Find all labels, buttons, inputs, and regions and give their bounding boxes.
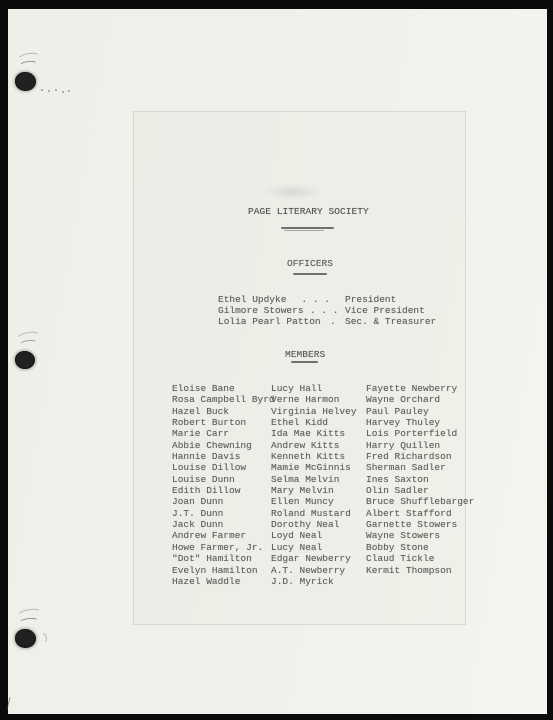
member-name: Paul Pauley — [366, 406, 474, 417]
member-name: Fayette Newberry — [366, 383, 474, 394]
title-underline — [281, 227, 334, 229]
member-name: Mamie McGinnis — [271, 462, 357, 473]
member-name: Kenneth Kitts — [271, 451, 357, 462]
member-name: Sherman Sadler — [366, 462, 474, 473]
hole-punch-middle — [15, 351, 35, 369]
officer-name: Lolia Pearl Patton — [218, 316, 321, 327]
member-name: Loyd Neal — [271, 530, 357, 541]
member-name: Albert Stafford — [366, 508, 474, 519]
hole-punch-top — [15, 72, 36, 91]
member-name: J.T. Dunn — [172, 508, 275, 519]
members-underline — [291, 361, 318, 363]
officer-row: Gilmore Stowers. . . Vice President — [218, 305, 438, 316]
officer-name: Ethel Updyke — [218, 294, 286, 305]
officers-list: Ethel Updyke. . . President Gilmore Stow… — [218, 294, 438, 328]
officer-row: Lolia Pearl Patton. Sec. & Treasurer — [218, 316, 438, 327]
member-name: Hazel Buck — [172, 406, 275, 417]
scan-speck — [62, 91, 64, 93]
officers-underline — [293, 273, 327, 275]
member-name: Rosa Campbell Byrd — [172, 394, 275, 405]
member-name: Selma Melvin — [271, 474, 357, 485]
members-column-1: Eloise BaneRosa Campbell ByrdHazel BuckR… — [172, 383, 275, 587]
members-column-3: Fayette NewberryWayne OrchardPaul Pauley… — [366, 383, 474, 576]
scanned-document: PAGE LITERARY SOCIETY OFFICERS Ethel Upd… — [0, 0, 553, 720]
members-heading: MEMBERS — [285, 349, 325, 360]
margin-mark — [6, 697, 10, 710]
member-name: Harry Quillen — [366, 440, 474, 451]
member-name: J.D. Myrick — [271, 576, 357, 587]
member-name: Fred Richardson — [366, 451, 474, 462]
officer-role: Vice President — [345, 305, 425, 316]
member-name: Andrew Farmer — [172, 530, 275, 541]
member-name: Hazel Waddle — [172, 576, 275, 587]
member-name: Mary Melvin — [271, 485, 357, 496]
officer-role: Sec. & Treasurer — [345, 316, 436, 327]
scan-speck — [68, 90, 70, 92]
member-name: Bruce Shufflebarger — [366, 496, 474, 507]
officer-name: Gilmore Stowers — [218, 305, 304, 316]
member-name: Lois Porterfield — [366, 428, 474, 439]
scan-speck — [55, 89, 57, 91]
member-name: Howe Farmer, Jr. — [172, 542, 275, 553]
member-name: Bobby Stone — [366, 542, 474, 553]
paper-sheet: PAGE LITERARY SOCIETY OFFICERS Ethel Upd… — [8, 9, 547, 714]
member-name: Andrew Kitts — [271, 440, 357, 451]
member-name: Olin Sadler — [366, 485, 474, 496]
member-name: Robert Burton — [172, 417, 275, 428]
pencil-smudge — [19, 60, 39, 70]
member-name: Edith Dillow — [172, 485, 275, 496]
member-name: Edgar Newberry — [271, 553, 357, 564]
scan-speck — [41, 89, 43, 91]
member-name: Kermit Thompson — [366, 565, 474, 576]
member-name: Roland Mustard — [271, 508, 357, 519]
dot-leader: . — [321, 316, 345, 327]
members-column-2: Lucy HallVerne HarmonVirginia HelveyEthe… — [271, 383, 357, 587]
page-title: PAGE LITERARY SOCIETY — [248, 206, 369, 217]
member-name: Ines Saxton — [366, 474, 474, 485]
member-name: Harvey Thuley — [366, 417, 474, 428]
title-underline-2 — [284, 230, 324, 231]
pencil-smudge — [19, 617, 40, 627]
member-name: Verne Harmon — [271, 394, 357, 405]
pencil-smudge — [263, 184, 323, 200]
member-name: Garnette Stowers — [366, 519, 474, 530]
member-name: Ellen Muncy — [271, 496, 357, 507]
dot-leader: . . . — [286, 294, 345, 305]
member-name: Wayne Stowers — [366, 530, 474, 541]
member-name: Evelyn Hamilton — [172, 565, 275, 576]
member-name: Dorothy Neal — [271, 519, 357, 530]
member-name: Hannie Davis — [172, 451, 275, 462]
scan-speck — [48, 90, 50, 92]
member-name: Ida Mae Kitts — [271, 428, 357, 439]
member-name: Eloise Bane — [172, 383, 275, 394]
dot-leader: . . . — [304, 305, 345, 316]
member-name: Louise Dillow — [172, 462, 275, 473]
member-name: Claud Tickle — [366, 553, 474, 564]
member-name: Ethel Kidd — [271, 417, 357, 428]
member-name: Lucy Neal — [271, 542, 357, 553]
member-name: Joan Dunn — [172, 496, 275, 507]
member-name: Abbie Chewning — [172, 440, 275, 451]
member-name: "Dot" Hamilton — [172, 553, 275, 564]
member-name: Louise Dunn — [172, 474, 275, 485]
member-name: Jack Dunn — [172, 519, 275, 530]
member-name: Virginia Helvey — [271, 406, 357, 417]
officer-role: President — [345, 294, 396, 305]
member-name: A.T. Newberry — [271, 565, 357, 576]
officer-row: Ethel Updyke. . . President — [218, 294, 438, 305]
member-name: Wayne Orchard — [366, 394, 474, 405]
member-name: Marie Carr — [172, 428, 275, 439]
officers-heading: OFFICERS — [287, 258, 333, 269]
member-name: Lucy Hall — [271, 383, 357, 394]
